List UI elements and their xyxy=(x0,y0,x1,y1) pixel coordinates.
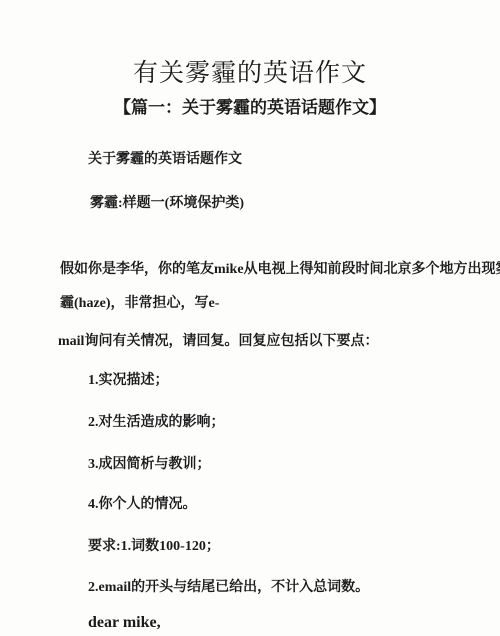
essay-heading: 关于雾霾的英语话题作文 xyxy=(88,152,242,169)
prompt-line: 霾(haze)，非常担心，写e- xyxy=(60,296,219,313)
point-item: 2.对生活造成的影响； xyxy=(88,415,225,432)
point-item: 1.实况描述； xyxy=(88,373,169,390)
point-item: 3.成因简析与教训； xyxy=(88,457,211,474)
salutation: dear mike, xyxy=(88,613,161,632)
document-page: 有关雾霾的英语作文 【篇一：关于雾霾的英语话题作文】 关于雾霾的英语话题作文 雾… xyxy=(0,0,500,636)
prompt-line: mail询问有关情况，请回复。回复应包括以下要点： xyxy=(58,334,378,351)
part-heading: 【篇一：关于雾霾的英语话题作文】 xyxy=(0,99,500,118)
requirement-line: 2.email的开头与结尾已给出，不计入总词数。 xyxy=(88,580,369,597)
requirement-line: 要求:1.词数100-120； xyxy=(88,539,220,556)
point-item: 4.你个人的情况。 xyxy=(88,497,197,514)
prompt-line: 假如你是李华，你的笔友mike从电视上得知前段时间北京多个地方出现雾 xyxy=(60,262,500,279)
essay-subheading: 雾霾:样题一(环境保护类) xyxy=(90,196,244,213)
document-title: 有关雾霾的英语作文 xyxy=(0,60,500,88)
